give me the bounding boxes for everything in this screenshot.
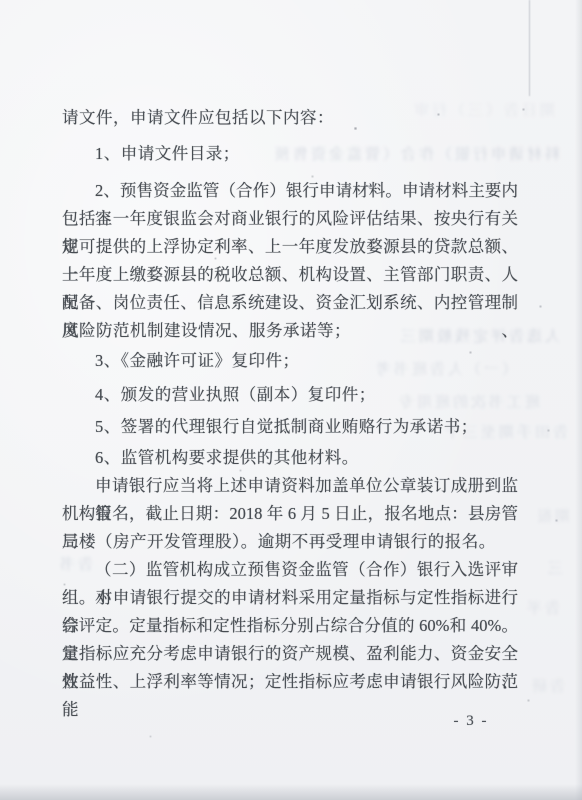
document-line: 量指标应充分考虑申请银行的资产规模、盈利能力、资金安全性、 [62, 640, 518, 668]
scan-shadow-bottom [0, 784, 582, 800]
document-line: 配备、岗位责任、信息系统建设、资金汇划系统、内控管理制度、 [62, 289, 518, 317]
document-line: 一年度上缴婺源县的税收总额、机构设置、主管部门职责、人员 [62, 261, 518, 289]
document-body: 请文件，申请文件应包括以下内容： 1、申请文件目录； 2、预售资金监管（合作）银… [62, 104, 518, 696]
document-line: 效益性、上浮利率等情况；定性指标应考虑申请银行风险防范能 [62, 668, 518, 696]
scan-noise [0, 0, 1, 1]
page-number: - 3 - [436, 713, 506, 730]
document-line: 2、预售资金监管（合作）银行申请材料。申请材料主要内容 [62, 177, 518, 205]
crease-line [529, 0, 530, 96]
document-line: 3、《金融许可证》复印件； [62, 347, 518, 375]
document-line: 1、申请文件目录； [62, 140, 518, 168]
document-line: 合评定。定量指标和定性指标分别占综合分值的 60%和 40%。定 [62, 612, 518, 640]
document-line: 包括上一年度银监会对商业银行的风险评估结果、按央行有关规 [62, 205, 518, 233]
scan-shadow-right [575, 0, 582, 800]
bleedthrough-text: 告研 [510, 678, 565, 696]
document-line: 请文件，申请文件应包括以下内容： [62, 104, 518, 132]
bleedthrough-text: 三 [533, 560, 563, 578]
document-line: （二）监管机构成立预售资金监管（合作）银行入选评审小 [62, 556, 518, 584]
document-line: 申请银行应当将上述申请资料加盖单位公章装订成册到监管 [62, 472, 518, 500]
document-line: 6、监管机构要求提供的其他材料。 [62, 444, 518, 472]
bleedthrough-text: 期报 [528, 508, 570, 526]
document-line: 定可提供的上浮协定利率、上一年度发放婺源县的贷款总额、上 [62, 233, 518, 261]
document-line: 5、签署的代理银行自觉抵制商业贿赂行为承诺书； [62, 413, 518, 441]
document-line: 组。对申请银行提交的申请材料采用定量指标与定性指标进行综 [62, 584, 518, 612]
scanned-page: 期日告（三）行审 料材请申行银）作合（管监金资售预 人选告评定残般期三 （一）人… [0, 0, 582, 800]
document-line: 4、颁发的营业执照（副本）复印件； [62, 381, 518, 409]
document-line: 三楼（房产开发管理股）。逾期不再受理申请银行的报名。 [62, 528, 518, 556]
document-line: 机构报名，截止日期：2018 年 6 月 5 日止，报名地点：县房管局 [62, 500, 518, 528]
